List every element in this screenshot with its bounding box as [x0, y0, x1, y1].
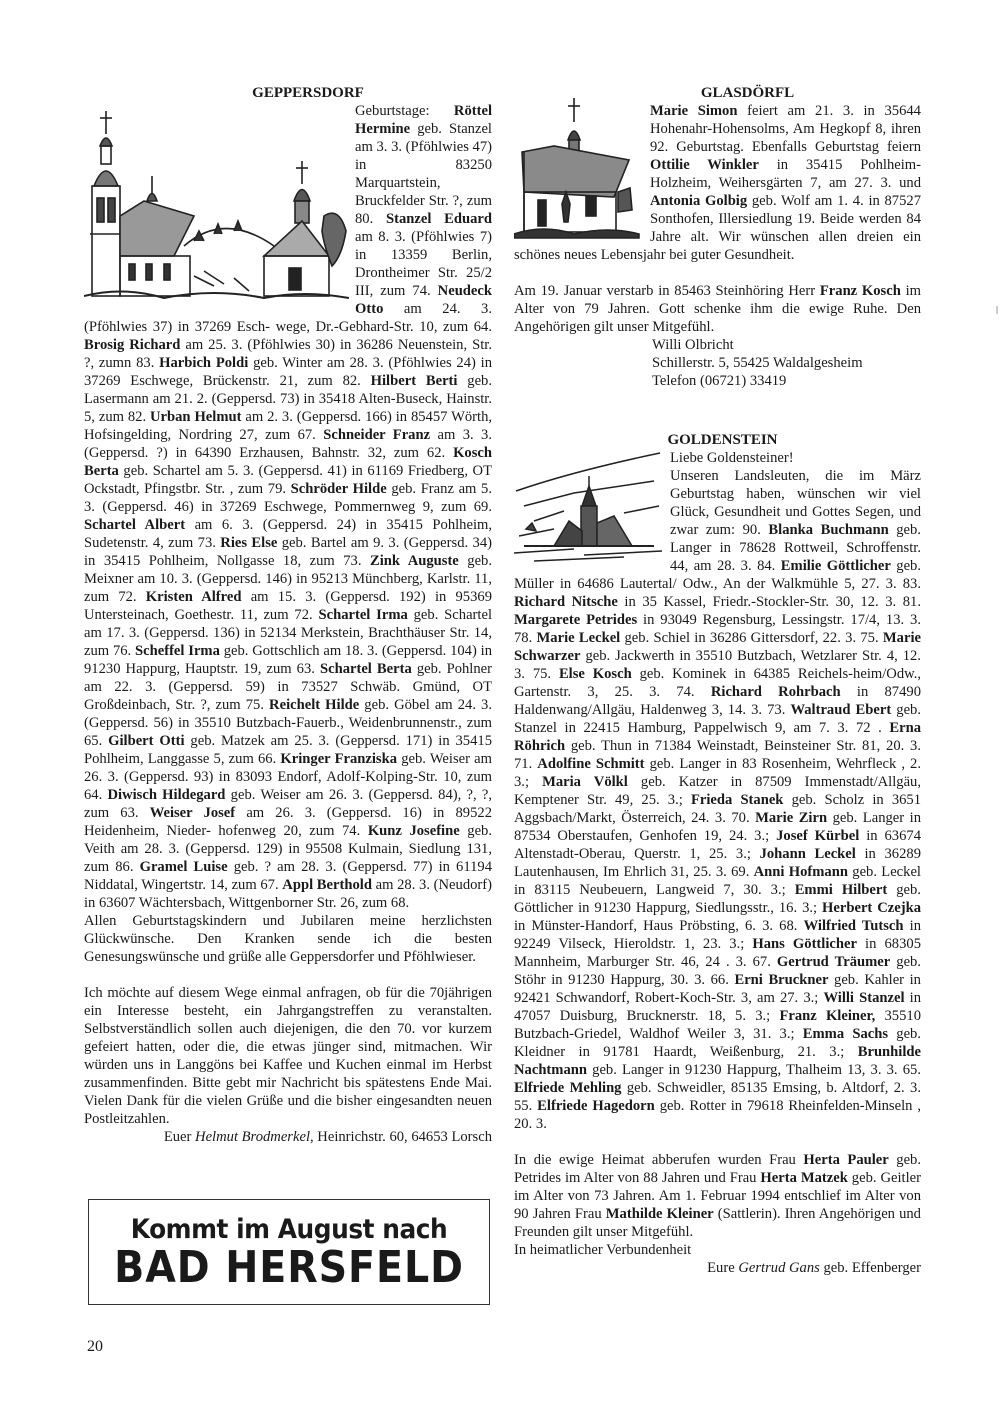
person-name: Margarete Petrides: [514, 612, 637, 628]
right-column: GLASDÖRFL Marie Simon feiert am 21. 3. i…: [514, 84, 921, 1277]
person-name: Elfriede Mehling: [514, 1080, 621, 1096]
person-name: Josef Kürbel: [776, 828, 859, 844]
person-name: Hilbert Berti: [371, 373, 458, 389]
person-name: Gilbert Otti: [108, 733, 184, 749]
person-name: Kringer Franziska: [280, 751, 397, 767]
person-name: Schartel Albert: [84, 517, 185, 533]
person-name: Marie Zirn: [755, 810, 827, 826]
person-name: Anni Hofmann: [754, 864, 848, 880]
person-name: Herta Matzek: [760, 1170, 847, 1186]
person-name: Zink Auguste: [370, 553, 459, 569]
person-name: Diwisch Hildegard: [107, 787, 225, 803]
person-name: Adolfine Schmitt: [537, 756, 644, 772]
person-name: Blanka Buchmann: [768, 522, 888, 538]
person-name: Emma Sachs: [803, 1026, 888, 1042]
signature-name: Willi Olbricht: [652, 336, 921, 354]
signature-phone: Telefon (06721) 33419: [652, 372, 921, 390]
person-name: Johann Leckel: [760, 846, 856, 862]
page-number: 20: [87, 1338, 103, 1356]
person-name: Richard Rohrbach: [711, 684, 841, 700]
person-name: Weiser Josef: [150, 805, 235, 821]
goldenstein-closing: In heimatlicher Verbundenheit: [514, 1241, 921, 1259]
person-name: Marie Leckel: [537, 630, 621, 646]
geppersdorf-greeting-paragraph: Allen Geburtstagskindern und Jubilaren m…: [84, 912, 492, 966]
section-title-geppersdorf: GEPPERSDORF: [84, 84, 492, 102]
advert-box: Kommt im August nach BAD HERSFELD: [88, 1199, 490, 1305]
person-name: Richard Nitsche: [514, 594, 618, 610]
advert-line-1: Kommt im August nach: [105, 1214, 473, 1245]
person-name: Frieda Stanek: [691, 792, 783, 808]
person-name: Elfriede Hagedorn: [537, 1098, 655, 1114]
scan-margin-mark: [996, 306, 998, 314]
person-name: Harbich Poldi: [159, 355, 248, 371]
geppersdorf-reunion-paragraph: Ich möchte auf diesem Wege einmal anfrag…: [84, 984, 492, 1128]
person-name: Gertrud Träumer: [777, 954, 890, 970]
person-name: Schartel Irma: [318, 607, 407, 623]
person-name: Willi Stanzel: [823, 990, 904, 1006]
person-name: Else Kosch: [559, 666, 632, 682]
goldenstein-obituary-paragraph: In die ewige Heimat abberufen wurden Fra…: [514, 1151, 921, 1241]
person-name: Appl Berthold: [282, 877, 372, 893]
person-name: Schröder Hilde: [291, 481, 387, 497]
person-name: Reichelt Hilde: [269, 697, 359, 713]
left-column: GEPPERSDORF: [84, 84, 492, 1146]
advert-line-2: BAD HERSFELD: [109, 1245, 469, 1291]
goldenstein-birthdays-paragraph: Unseren Landsleuten, die im März Geburts…: [514, 467, 921, 1133]
person-name: Gramel Luise: [140, 859, 228, 875]
person-name: Mathilde Kleiner: [606, 1206, 714, 1222]
glasdoerfl-obituary-paragraph: Am 19. Januar verstarb in 85463 Steinhör…: [514, 282, 921, 336]
person-name: Schneider Franz: [323, 427, 430, 443]
person-name: Emilie Göttlicher: [781, 558, 891, 574]
person-name: Franz Kosch: [820, 283, 901, 299]
person-name: Franz Kleiner,: [779, 1008, 875, 1024]
person-name: Wilfried Tutsch: [804, 918, 904, 934]
person-name: Brosig Richard: [84, 337, 180, 353]
person-name: Kristen Alfred: [146, 589, 242, 605]
person-name: Emmi Hilbert: [795, 882, 888, 898]
person-name: Hans Göttlicher: [752, 936, 857, 952]
town-tower-illustration: [514, 451, 664, 563]
person-name: Kunz Josefine: [368, 823, 460, 839]
person-name: Maria Völkl: [542, 774, 628, 790]
person-name: Marie Simon: [650, 103, 737, 119]
person-name: Herta Pauler: [803, 1152, 888, 1168]
person-name: Ottilie Winkler: [650, 157, 759, 173]
geppersdorf-signature: Euer Helmut Brodmerkel, Heinrichstr. 60,…: [84, 1128, 492, 1146]
person-name: Urban Helmut: [150, 409, 241, 425]
chapel-illustration: [514, 92, 644, 242]
person-name: Antonia Golbig: [650, 193, 747, 209]
person-name: Herbert Czejka: [822, 900, 921, 916]
signature-address: Schillerstr. 5, 55425 Waldalgesheim: [652, 354, 921, 372]
glasdoerfl-signature-block: Willi Olbricht Schillerstr. 5, 55425 Wal…: [514, 336, 921, 390]
person-name: Schartel Berta: [320, 661, 412, 677]
person-name: Ries Else: [220, 535, 277, 551]
person-name: Scheffel Irma: [135, 643, 220, 659]
church-village-illustration: [84, 106, 349, 306]
person-name: Erni Bruckner: [734, 972, 828, 988]
section-title-goldenstein: GOLDENSTEIN: [514, 431, 921, 449]
goldenstein-signature: Eure Gertrud Gans geb. Effenberger: [514, 1259, 921, 1277]
person-name: Waltraud Ebert: [790, 702, 891, 718]
person-name: Stanzel Eduard: [386, 211, 492, 227]
